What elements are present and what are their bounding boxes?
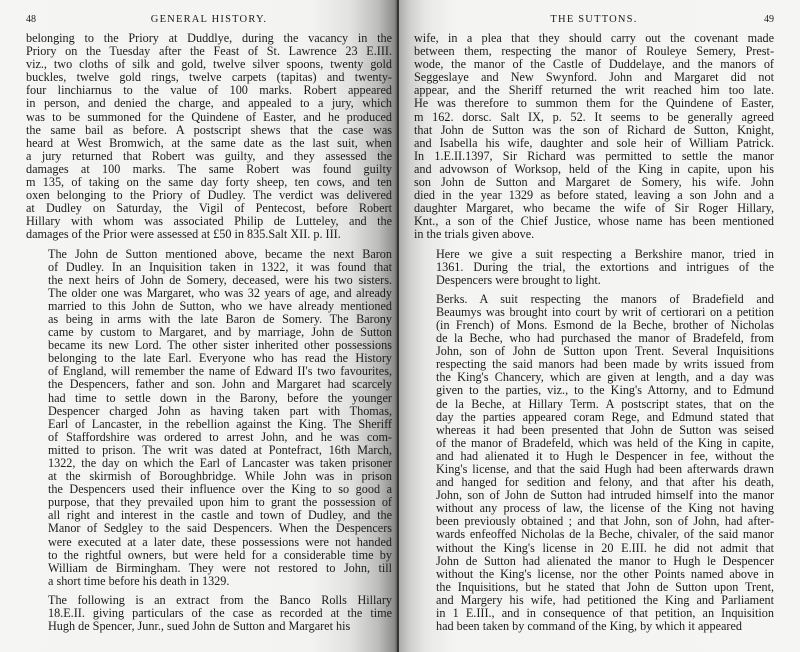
text-line: He was therefore to summon them for the … [414, 97, 774, 110]
text-line: of Dudley. In an Inquisition taken in 13… [26, 261, 392, 274]
text-line: day the parties appeared coram Rege, and… [414, 411, 774, 424]
text-line: the next heirs of John de Somery, deceas… [26, 274, 392, 287]
paragraph: Here we give a suit respecting a Berkshi… [414, 248, 774, 287]
left-page-body: belonging to the Priory at Duddlye, duri… [26, 32, 392, 633]
text-line: Hugh de Spencer, Junr., sued John de Sut… [26, 620, 392, 633]
text-line: married to this John de Sutton, who we h… [26, 300, 392, 313]
text-line: without the King's license in 20 E.III. … [414, 542, 774, 555]
text-line: damages of the Prior were assessed at £5… [26, 228, 392, 241]
right-running-head: 00 THE SUTTONS. 49 [414, 14, 774, 28]
book-gutter [397, 0, 399, 652]
text-line: without the King's license, nor the othe… [414, 568, 774, 581]
text-line: had been taken by command of the King, b… [414, 620, 774, 633]
right-page-body: wife, in a plea that they should carry o… [414, 32, 774, 633]
text-line: The older one was Margaret, who was 32 y… [26, 287, 392, 300]
text-line: a jury returned that Robert was guilty, … [26, 150, 392, 163]
right-running-title: THE SUTTONS. [424, 14, 764, 25]
text-line: whereas it had been presented that John … [414, 424, 774, 437]
left-running-title: GENERAL HISTORY. [36, 14, 382, 25]
text-line: to the rightful owners, but were held fo… [26, 549, 392, 562]
text-line: Despencer charged John as having taken p… [26, 405, 392, 418]
text-line: Manor of Sedgley to the said Despencers.… [26, 522, 392, 535]
text-line: in the trials given above. [414, 228, 774, 241]
text-line: The John de Sutton mentioned above, beca… [26, 248, 392, 261]
text-line: the Inquisitions, but he stated that Joh… [414, 581, 774, 594]
text-line: wards enfeoffed Nicholas de la Beche, ch… [414, 528, 774, 541]
text-line: and Isabella his wife, daughter and sole… [414, 137, 774, 150]
text-line: Earl of Lancaster, in the rebellion agai… [26, 418, 392, 431]
text-line: was to be summoned for the Quindene of E… [26, 111, 392, 124]
text-line: Here we give a suit respecting a Berkshi… [414, 248, 774, 261]
right-page: 00 THE SUTTONS. 49 wife, in a plea that … [398, 0, 800, 652]
text-line: of Staffordshire was ordered to arrest J… [26, 431, 392, 444]
paragraph: The following is an extract from the Ban… [26, 594, 392, 633]
paragraph: The John de Sutton mentioned above, beca… [26, 248, 392, 588]
text-line: de la Beche, at Hillary Term. A postscri… [414, 398, 774, 411]
text-line: Beaumys was brought into court by writ o… [414, 306, 774, 319]
text-line: Berks. A suit respecting the manors of B… [414, 293, 774, 306]
paragraph: Berks. A suit respecting the manors of B… [414, 293, 774, 633]
text-line: In 1.E.II.1397, Sir Richard was permitte… [414, 150, 774, 163]
text-line: the Despencers, father and son. John and… [26, 378, 392, 391]
text-line: heard at West Bromwich, at the same date… [26, 137, 392, 150]
text-line: were executed at a later date, these pos… [26, 536, 392, 549]
paragraph: wife, in a plea that they should carry o… [414, 32, 774, 242]
paragraph: belonging to the Priory at Duddlye, duri… [26, 32, 392, 242]
text-line: the same bail as before. A postscript sh… [26, 124, 392, 137]
text-line: in person, and denied the charge, and ap… [26, 97, 392, 110]
text-line: John de Sutton had alienated the manor t… [414, 555, 774, 568]
left-page-number: 48 [26, 14, 36, 25]
text-line: William de Birmingham. They were not res… [26, 562, 392, 575]
left-running-head: 48 GENERAL HISTORY. 00 [26, 14, 392, 28]
text-line: of the manor of Bradefeld, which was hel… [414, 437, 774, 450]
left-page: 48 GENERAL HISTORY. 00 belonging to the … [0, 0, 398, 652]
book-spread: 48 GENERAL HISTORY. 00 belonging to the … [0, 0, 800, 652]
right-page-number: 49 [764, 14, 774, 25]
text-line: a short time before his death in 1329. [26, 575, 392, 588]
text-line: that John de Sutton was the son of Richa… [414, 124, 774, 137]
text-line: Despencers were brought to light. [414, 274, 774, 287]
text-line: 1361. During the trial, the extortions a… [414, 261, 774, 274]
text-line: m 162. dorsc. Salt IX, p. 52. It seems t… [414, 111, 774, 124]
text-line: had time to settle down in the Barony, b… [26, 392, 392, 405]
text-line: given to the parties, viz., to the King'… [414, 384, 774, 397]
